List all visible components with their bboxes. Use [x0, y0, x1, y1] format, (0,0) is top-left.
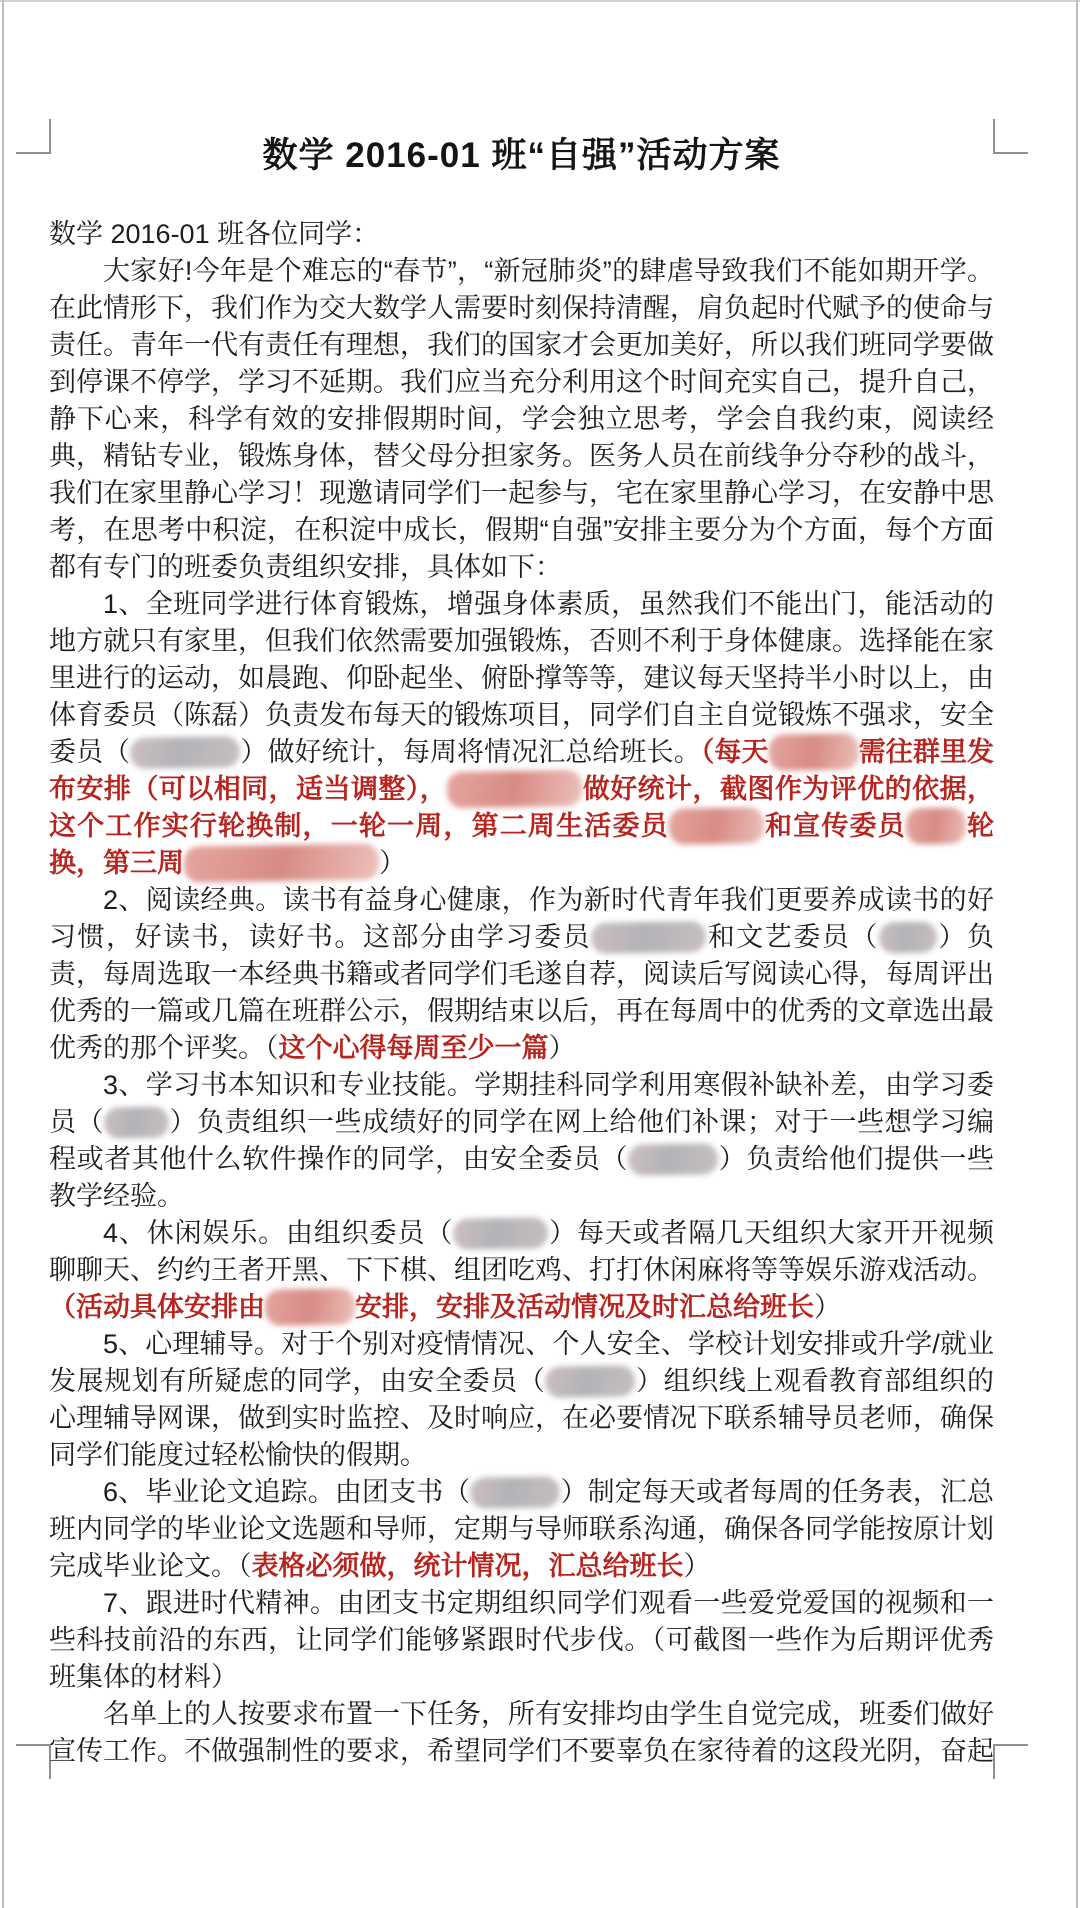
text-run: 安排，安排及活动情况及时汇总给班长	[355, 1292, 814, 1322]
paragraph: 3、学习书本知识和专业技能。学期挂科同学利用寒假补缺补差，由学习委员（）负责组织…	[49, 1067, 994, 1215]
redacted-name-patch	[470, 1476, 561, 1509]
redacted-name-patch	[265, 1288, 356, 1326]
text-run: 6、毕业论文追踪。由团支书（	[103, 1477, 470, 1507]
redacted-name-patch	[184, 843, 380, 882]
text-run: 和宣传委员	[764, 811, 906, 841]
text-run: ）	[684, 1551, 711, 1581]
paragraph: 5、心理辅导。对于个别对疫情情况、个人安全、学校计划安排或升学/就业发展规划有所…	[49, 1326, 994, 1474]
paragraph: 1、全班同学进行体育锻炼，增强身体素质，虽然我们不能出门，能活动的地方就只有家里…	[49, 586, 994, 882]
text-run: 和文艺委员（	[706, 922, 879, 952]
salutation-line: 数学 2016-01 班各位同学：	[49, 216, 994, 253]
redacted-name-patch	[130, 736, 241, 769]
text-run: 大家好!今年是个难忘的“春节”，“新冠肺炎”的肆虐导致我们不能如期开学。在此情形…	[49, 256, 994, 582]
redacted-name-patch	[104, 1106, 170, 1138]
text-run: 4、休闲娱乐。由组织委员（	[103, 1218, 453, 1248]
crop-mark-top-left	[16, 119, 51, 154]
document-page: 数学 2016-01 班“自强”活动方案 数学 2016-01 班各位同学： 大…	[0, 0, 1080, 1908]
paragraph: 6、毕业论文追踪。由团支书（）制定每天或者每周的任务表，汇总班内同学的毕业论文选…	[49, 1474, 994, 1585]
redacted-name-patch	[447, 770, 583, 808]
text-run: ）	[814, 1292, 841, 1322]
paragraph: 2、阅读经典。读书有益身心健康，作为新时代青年我们更要养成读书的好习惯，好读书，…	[49, 882, 994, 1067]
crop-mark-bottom-right	[993, 1744, 1028, 1779]
redacted-name-patch	[668, 807, 764, 845]
text-run: 表格必须做，统计情况，汇总给班长	[252, 1551, 684, 1581]
redacted-name-patch	[768, 733, 859, 771]
page-edge-right	[1076, 0, 1078, 1908]
redacted-name-patch	[453, 1217, 549, 1250]
redacted-name-patch	[879, 921, 938, 953]
paragraph: 大家好!今年是个难忘的“春节”，“新冠肺炎”的肆虐导致我们不能如期开学。在此情形…	[49, 253, 994, 586]
redacted-name-patch	[591, 921, 707, 954]
text-run: 这个心得每周至少一篇	[279, 1033, 549, 1063]
text-run: ）	[549, 1033, 576, 1063]
document-content: 数学 2016-01 班“自强”活动方案 数学 2016-01 班各位同学： 大…	[49, 132, 994, 1770]
crop-mark-top-right	[993, 119, 1028, 154]
text-run: ）	[379, 848, 406, 878]
text-run: 7、跟进时代精神。由团支书定期组织同学们观看一些爱党爱国的视频和一些科技前沿的东…	[49, 1588, 994, 1692]
redacted-name-patch	[545, 1365, 636, 1398]
text-run: （每天	[701, 737, 769, 767]
paragraph: 7、跟进时代精神。由团支书定期组织同学们观看一些爱党爱国的视频和一些科技前沿的东…	[49, 1585, 994, 1696]
document-title: 数学 2016-01 班“自强”活动方案	[49, 132, 994, 180]
page-edge-left	[2, 0, 4, 1908]
text-run: （活动具体安排由	[49, 1292, 265, 1322]
document-body: 大家好!今年是个难忘的“春节”，“新冠肺炎”的肆虐导致我们不能如期开学。在此情形…	[49, 253, 994, 1770]
redacted-name-patch	[906, 807, 967, 844]
crop-mark-bottom-left	[16, 1744, 51, 1779]
text-run: 名单上的人按要求布置一下任务，所有安排均由学生自觉完成，班委们做好宣传工作。不做…	[49, 1699, 994, 1766]
page-edge-top	[0, 0, 1080, 2]
redacted-name-patch	[628, 1143, 719, 1176]
text-run: ）做好统计，每周将情况汇总给班长。	[240, 737, 701, 767]
paragraph: 名单上的人按要求布置一下任务，所有安排均由学生自觉完成，班委们做好宣传工作。不做…	[49, 1696, 994, 1770]
paragraph: 4、休闲娱乐。由组织委员（）每天或者隔几天组织大家开开视频聊聊天、约约王者开黑、…	[49, 1215, 994, 1326]
